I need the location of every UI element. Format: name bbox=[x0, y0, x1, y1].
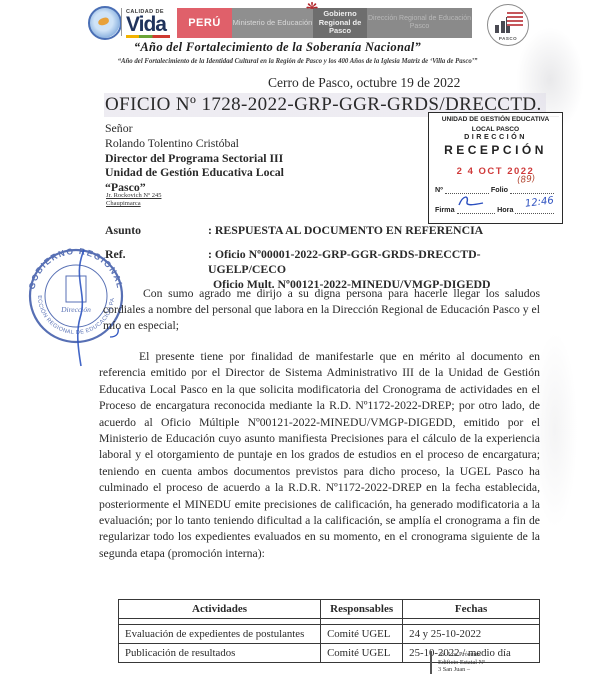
calidad-de-vida-logo: CALIDAD DE Vida bbox=[126, 9, 178, 38]
header-divider bbox=[121, 8, 122, 36]
header-responsables: Responsables bbox=[321, 600, 403, 619]
asunto-row: Asunto: RESPUESTA AL DOCUMENTO EN REFERE… bbox=[105, 223, 483, 238]
header-fechas: Fechas bbox=[403, 600, 540, 619]
date-line: Cerro de Pasco, octubre 19 de 2022 bbox=[268, 75, 460, 91]
footer-address: Av. Los Próceres Edificio Estatal Nº 3 S… bbox=[430, 651, 485, 674]
addressee-block: Señor Rolando Tolentino Cristóbal Direct… bbox=[105, 121, 284, 195]
scanned-oficio-document: CALIDAD DE Vida PERÚ Ministerio de Educa… bbox=[0, 0, 595, 675]
salutation: Señor bbox=[105, 121, 284, 136]
svg-text:GOBIERNO REGIONAL: GOBIERNO REGIONAL bbox=[27, 246, 126, 290]
logo-big-text: Vida bbox=[126, 15, 178, 34]
institutional-banner: PERÚ Ministerio de Educación Gobierno Re… bbox=[177, 8, 472, 38]
banner-gobierno-regional: Gobierno Regional de Pasco bbox=[313, 8, 367, 38]
asunto-value: : RESPUESTA AL DOCUMENTO EN REFERENCIA bbox=[208, 223, 483, 238]
header-actividades: Actividades bbox=[119, 600, 321, 619]
reception-stamp: UNIDAD DE GESTIÓN EDUCATIVA LOCAL PASCO … bbox=[428, 112, 563, 224]
banner-peru: PERÚ bbox=[177, 8, 232, 38]
stamp-signature-squiggle bbox=[457, 193, 485, 209]
table-row: Evaluación de expedientes de postulantes… bbox=[119, 625, 540, 644]
addressee-position: Director del Programa Sectorial III bbox=[105, 151, 284, 166]
svg-text:Dirección: Dirección bbox=[60, 305, 91, 314]
red-flower-icon: ❋ bbox=[299, 0, 325, 9]
year-motto-secondary: “Año del Fortalecimiento de la Identidad… bbox=[0, 58, 595, 65]
gobierno-regional-seal-icon bbox=[88, 6, 122, 40]
stamp-direccion: DIRECCIÓN bbox=[429, 133, 562, 141]
paragraph-body: El presente tiene por finalidad de manif… bbox=[99, 349, 540, 562]
stamp-date: 2 4 OCT 2022 bbox=[429, 166, 562, 177]
table-header-row: Actividades Responsables Fechas bbox=[119, 600, 540, 619]
stamp-recepcion: RECEPCIÓN bbox=[429, 143, 562, 157]
stamp-org-line1: UNIDAD DE GESTIÓN EDUCATIVA bbox=[429, 116, 562, 123]
addressee-org1: Unidad de Gestión Educativa Local bbox=[105, 165, 284, 180]
year-motto-primary: “Año del Fortalecimiento de la Soberanía… bbox=[0, 40, 555, 55]
addressee-name: Rolando Tolentino Cristóbal bbox=[105, 136, 284, 151]
addressee-street: Jr. Rockovich Nº 245 Chaupimarca bbox=[106, 192, 161, 208]
stamp-folio-row: Nº Folio bbox=[435, 185, 556, 194]
banner-ministerio-educacion: Ministerio de Educación bbox=[232, 8, 313, 38]
paragraph-greeting: Con sumo agrado me dirijo a su digna per… bbox=[103, 286, 540, 334]
asunto-label: Asunto bbox=[105, 223, 208, 238]
stamp-folio-handwritten: (89) bbox=[517, 174, 536, 186]
banner-direccion-regional: Dirección Regional de Educación Pasco bbox=[367, 8, 472, 38]
